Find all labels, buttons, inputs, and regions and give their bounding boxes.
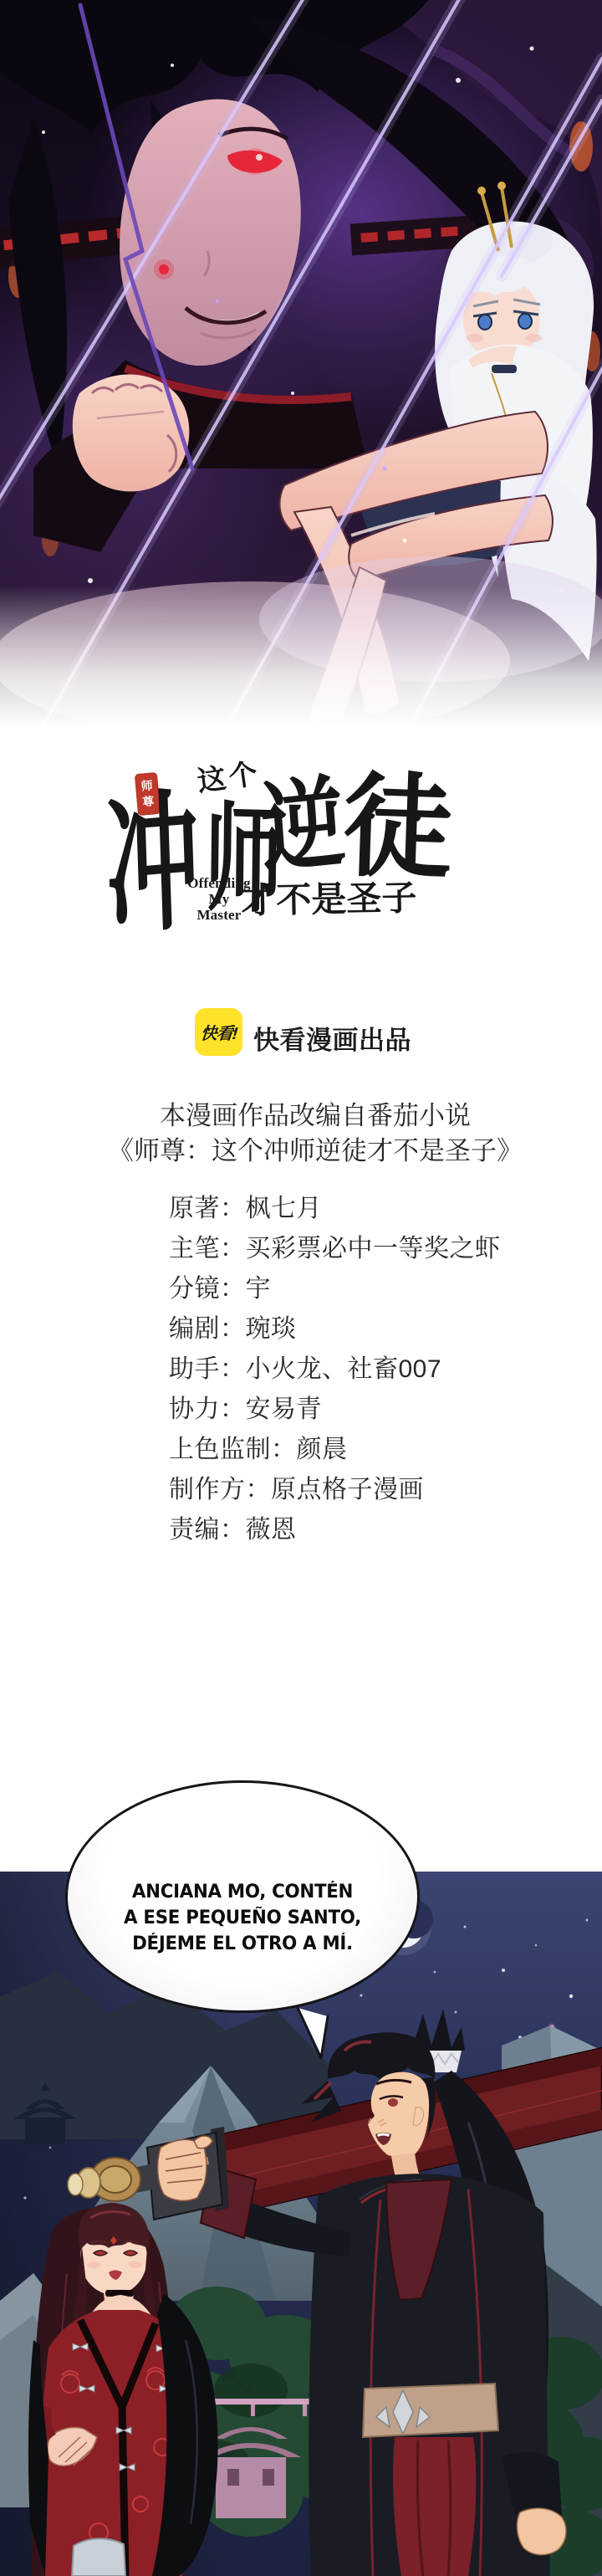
credit-line: 主笔：买彩票必中一等奖之虾 <box>169 1237 501 1262</box>
title-char-ni: 逆 <box>258 773 348 882</box>
credit-line: 责编：薇恩 <box>169 1518 501 1543</box>
title-english: Offending My Master <box>184 875 254 923</box>
gripping-hand <box>158 2139 207 2200</box>
thigh-guard <box>72 2538 125 2576</box>
credits-list: 原著：枫七月 主笔：买彩票必中一等奖之虾 分镜：宇 编剧：琬琰 助手：小火龙、社… <box>169 1196 501 1558</box>
hanging-fist <box>518 2508 566 2554</box>
speech-bubble-tail <box>291 2001 334 2065</box>
credit-line: 协力：安易青 <box>169 1397 501 1422</box>
title-char-tu: 徒 <box>340 770 455 886</box>
credit-line: 上色监制：颜晨 <box>169 1437 501 1462</box>
title-suffix: 才不是圣子 <box>241 880 417 919</box>
credit-line: 制作方：原点格子漫画 <box>169 1477 501 1503</box>
speech-line: DÉJEME EL OTRO A MÍ. <box>87 1931 398 1957</box>
comic-page: { "logo": { "seal_char_1": "师", "seal_ch… <box>0 0 602 2576</box>
red-sash <box>393 2437 476 2576</box>
adaptation-notice-line2: 《师尊：这个冲师逆徒才不是圣子》 <box>14 1129 602 1167</box>
title-english-line: Master <box>184 907 254 923</box>
title-english-line: My <box>184 891 254 907</box>
kuaikan-logo-badge: 快看! <box>195 1008 242 1056</box>
publisher-label: 快看漫画出品 <box>253 1019 411 1057</box>
adaptation-notice-line1: 本漫画作品改编自番茄小说 <box>14 1094 602 1132</box>
credit-line: 助手：小火龙、社畜007 <box>169 1357 501 1382</box>
credit-line: 原著：枫七月 <box>169 1196 501 1221</box>
credit-line: 分镜：宇 <box>169 1277 501 1302</box>
credit-line: 编剧：琬琰 <box>169 1317 501 1342</box>
speech-line: A ESE PEQUEÑO SANTO, <box>87 1905 398 1931</box>
speech-bubble-text: ANCIANA MO, CONTÉN A ESE PEQUEÑO SANTO, … <box>82 1879 403 1957</box>
title-english-line: Offending <box>184 875 254 891</box>
kuaikan-logo-text: 快看! <box>199 1020 237 1044</box>
cover-art <box>0 0 602 753</box>
speech-line: ANCIANA MO, CONTÉN <box>87 1879 398 1905</box>
